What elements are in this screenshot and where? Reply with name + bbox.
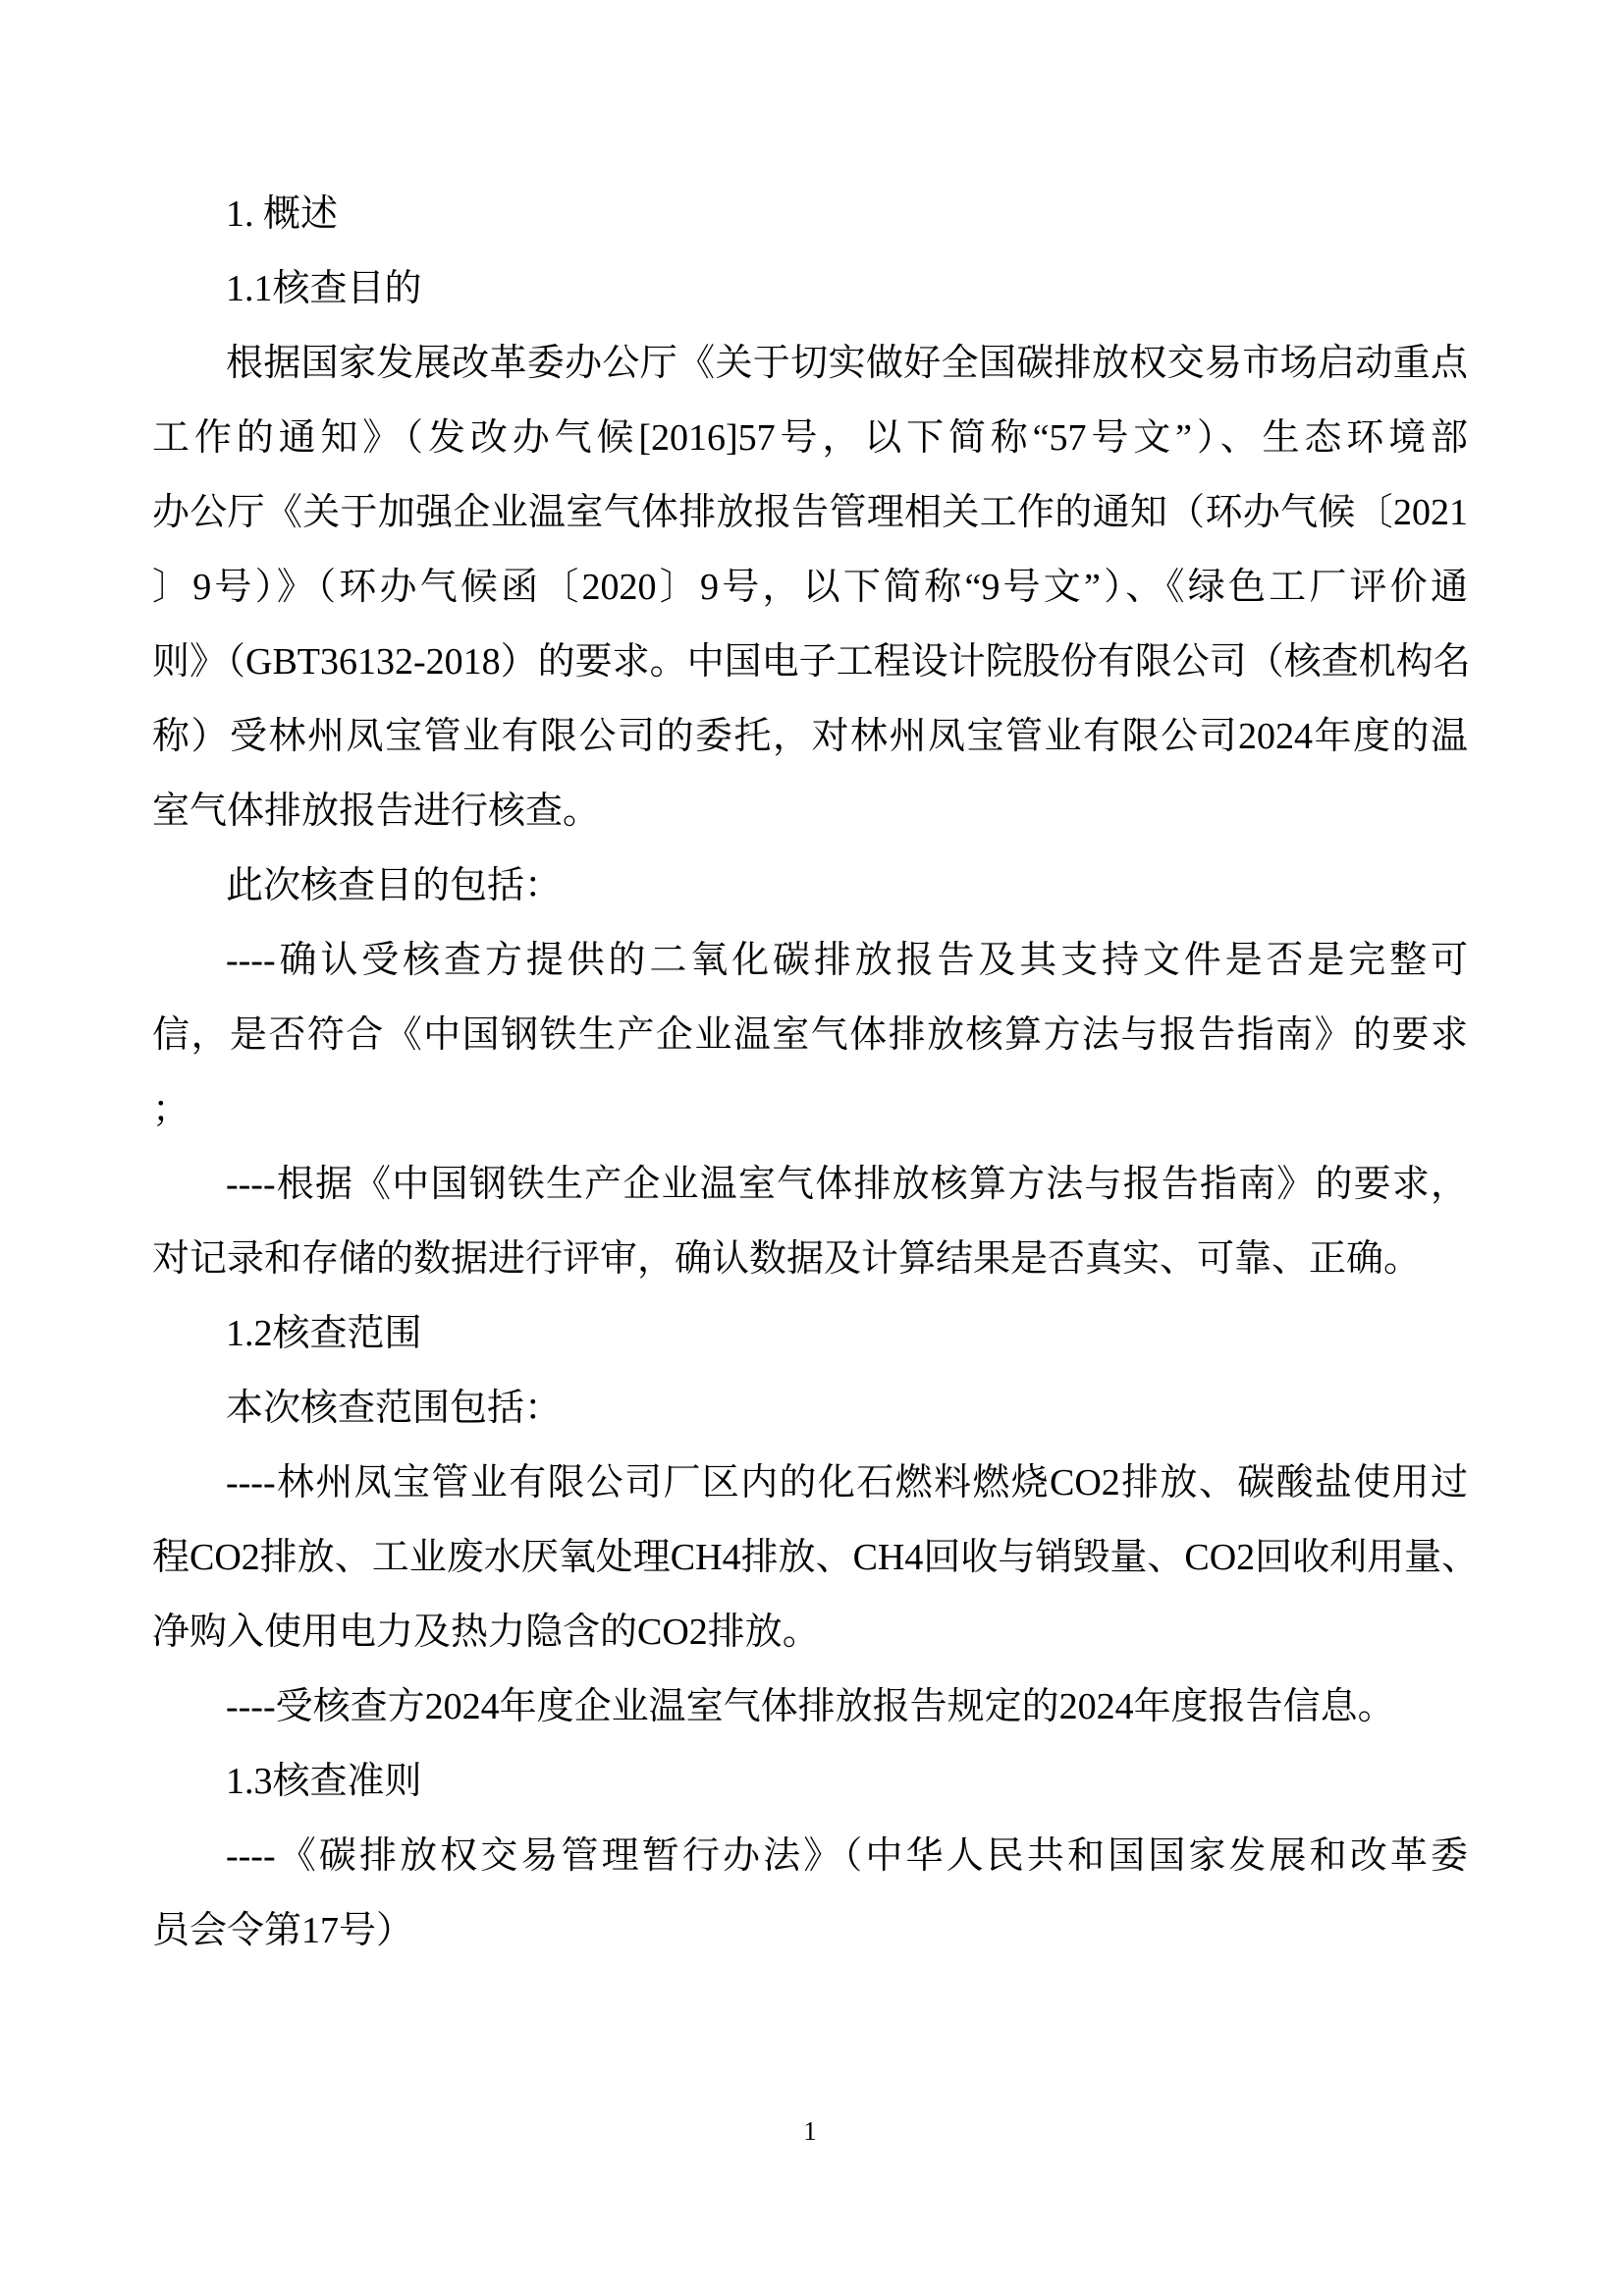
paragraph-line: 本次核查范围包括： bbox=[152, 1371, 1468, 1446]
list-item-line: ----根据《中国钢铁生产企业温室气体排放核算方法与报告指南》的要求， bbox=[152, 1147, 1468, 1222]
document-body: 1. 概述 1.1核查目的 根据国家发展改革委办公厅《关于切实做好全国碳排放权交… bbox=[152, 177, 1468, 1968]
paragraph-line: 办公厅《关于加强企业温室气体排放报告管理相关工作的通知（环办气候〔2021 bbox=[152, 475, 1468, 550]
document-page: 1. 概述 1.1核查目的 根据国家发展改革委办公厅《关于切实做好全国碳排放权交… bbox=[0, 0, 1623, 2296]
section-heading-1-3: 1.3核查准则 bbox=[152, 1744, 1468, 1819]
section-heading-overview: 1. 概述 bbox=[152, 177, 1468, 251]
list-item-line: 信，是否符合《中国钢铁生产企业温室气体排放核算方法与报告指南》的要求 bbox=[152, 998, 1468, 1072]
section-heading-1-1: 1.1核查目的 bbox=[152, 251, 1468, 326]
paragraph-line: 此次核查目的包括： bbox=[152, 848, 1468, 923]
list-item-line: ----林州凤宝管业有限公司厂区内的化石燃料燃烧CO2排放、碳酸盐使用过 bbox=[152, 1446, 1468, 1520]
list-item-line: ----确认受核查方提供的二氧化碳排放报告及其支持文件是否是完整可 bbox=[152, 923, 1468, 998]
list-item-line: ； bbox=[152, 1072, 1468, 1147]
list-item-line: ----《碳排放权交易管理暂行办法》（中华人民共和国国家发展和改革委 bbox=[152, 1819, 1468, 1893]
paragraph-line: 则》（GBT36132-2018）的要求。中国电子工程设计院股份有限公司（核查机… bbox=[152, 625, 1468, 699]
list-item-line: ----受核查方2024年度企业温室气体排放报告规定的2024年度报告信息。 bbox=[152, 1669, 1468, 1744]
list-item-line: 员会令第17号） bbox=[152, 1893, 1468, 1968]
paragraph-line: 称）受林州凤宝管业有限公司的委托，对林州凤宝管业有限公司2024年度的温 bbox=[152, 699, 1468, 774]
paragraph-line: 室气体排放报告进行核查。 bbox=[152, 774, 1468, 848]
list-item-line: 净购入使用电力及热力隐含的CO2排放。 bbox=[152, 1595, 1468, 1669]
list-item-line: 程CO2排放、工业废水厌氧处理CH4排放、CH4回收与销毁量、CO2回收利用量、 bbox=[152, 1520, 1468, 1595]
paragraph-line: 根据国家发展改革委办公厅《关于切实做好全国碳排放权交易市场启动重点 bbox=[152, 326, 1468, 401]
list-item-line: 对记录和存储的数据进行评审，确认数据及计算结果是否真实、可靠、正确。 bbox=[152, 1222, 1468, 1296]
page-number: 1 bbox=[152, 2111, 1468, 2151]
paragraph-line: 〕9号）》（环办气候函〔2020〕9号，以下简称“9号文”）、《绿色工厂评价通 bbox=[152, 550, 1468, 625]
paragraph-line: 工作的通知》（发改办气候[2016]57号，以下简称“57号文”）、生态环境部 bbox=[152, 401, 1468, 475]
section-heading-1-2: 1.2核查范围 bbox=[152, 1296, 1468, 1371]
